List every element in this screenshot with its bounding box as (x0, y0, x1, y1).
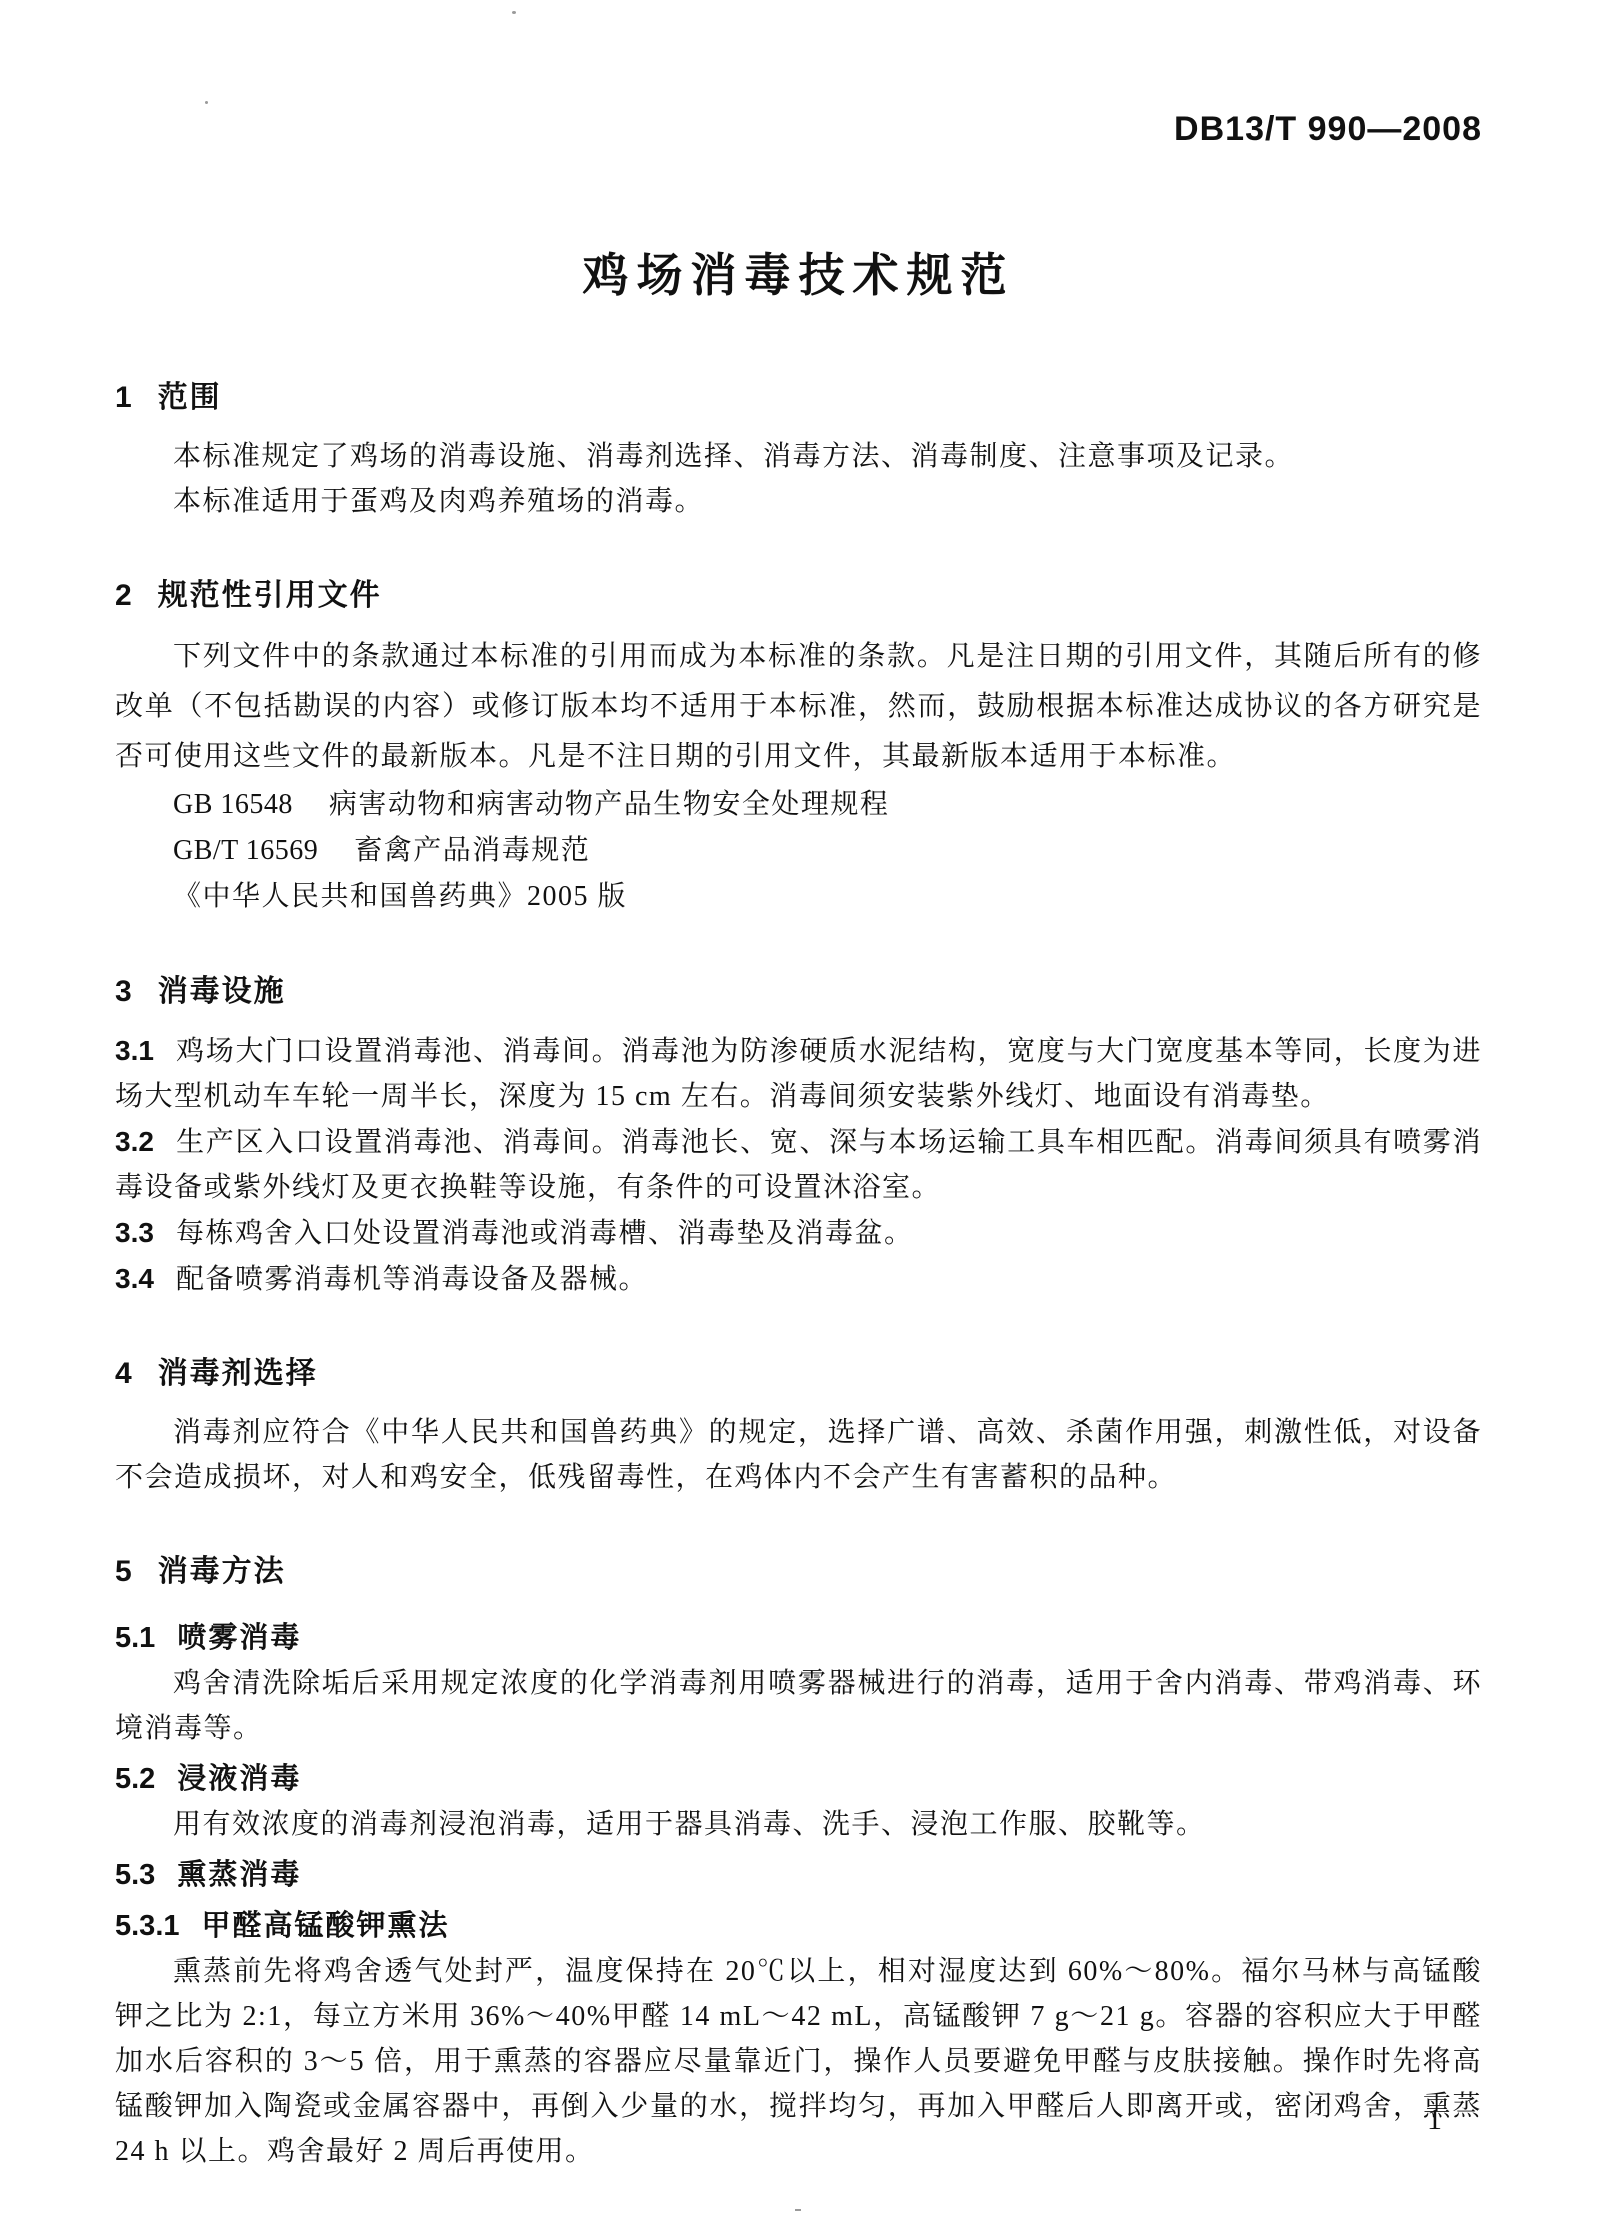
section-number: 2 (115, 579, 132, 612)
section-number: 5 (115, 1555, 132, 1588)
subsection-title: 甲醛高锰酸钾熏法 (202, 1910, 450, 1942)
subsection-number: 5.3.1 (115, 1910, 180, 1942)
page-title: 鸡场消毒技术规范 (115, 244, 1482, 306)
subsection-5-1-heading: 5.1喷雾消毒 (115, 1616, 1482, 1661)
clause-text: 每栋鸡舍入口处设置消毒池或消毒槽、消毒垫及消毒盆。 (176, 1218, 914, 1249)
reference-line: GB 16548病害动物和病害动物产品生物安全处理规程 (115, 782, 1482, 828)
clause-3-3: 3.3每栋鸡舍入口处设置消毒池或消毒槽、消毒垫及消毒盆。 (115, 1210, 1482, 1256)
paragraph-scope-1: 本标准规定了鸡场的消毒设施、消毒剂选择、消毒方法、消毒制度、注意事项及记录。 (115, 434, 1482, 479)
doc-code: DB13/T 990—2008 (115, 0, 1482, 148)
subsection-title: 喷雾消毒 (177, 1622, 301, 1654)
clause-number: 3.2 (115, 1126, 154, 1157)
clause-3-1: 3.1鸡场大门口设置消毒池、消毒间。消毒池为防渗硬质水泥结构，宽度与大门宽度基本… (115, 1028, 1482, 1119)
paragraph-spray-disinfection: 鸡舍清洗除垢后采用规定浓度的化学消毒剂用喷雾器械进行的消毒，适用于舍内消毒、带鸡… (115, 1661, 1482, 1751)
section-title: 范围 (158, 381, 222, 414)
section-number: 4 (115, 1357, 132, 1390)
clause-number: 3.4 (115, 1263, 154, 1294)
clause-text: 生产区入口设置消毒池、消毒间。消毒池长、宽、深与本场运输工具车相匹配。消毒间须具… (115, 1127, 1482, 1203)
document-page: DB13/T 990—2008 鸡场消毒技术规范 1范围 本标准规定了鸡场的消毒… (0, 0, 1600, 2219)
clause-3-4: 3.4配备喷雾消毒机等消毒设备及器械。 (115, 1256, 1482, 1302)
section-5-heading: 5消毒方法 (115, 1550, 1482, 1594)
subsection-number: 5.2 (115, 1763, 155, 1795)
section-number: 1 (115, 381, 132, 414)
scan-artifact (512, 11, 516, 14)
page-number: 1 (1427, 2103, 1442, 2137)
subsection-number: 5.1 (115, 1622, 155, 1654)
section-title: 消毒设施 (158, 975, 286, 1008)
reference-name: 畜禽产品消毒规范 (354, 835, 590, 866)
scan-artifact (205, 101, 208, 104)
reference-name: 病害动物和病害动物产品生物安全处理规程 (329, 789, 890, 820)
scan-artifact (795, 2209, 801, 2211)
subsection-5-3-1-heading: 5.3.1甲醛高锰酸钾熏法 (115, 1904, 1482, 1949)
paragraph-formaldehyde-fumigation: 熏蒸前先将鸡舍透气处封严，温度保持在 20℃以上，相对湿度达到 60%～80%。… (115, 1949, 1482, 2174)
section-4-heading: 4消毒剂选择 (115, 1352, 1482, 1396)
clause-3-2: 3.2生产区入口设置消毒池、消毒间。消毒池长、宽、深与本场运输工具车相匹配。消毒… (115, 1119, 1482, 1210)
section-2-heading: 2规范性引用文件 (115, 574, 1482, 618)
section-number: 3 (115, 975, 132, 1008)
paragraph-immersion-disinfection: 用有效浓度的消毒剂浸泡消毒，适用于器具消毒、洗手、浸泡工作服、胶靴等。 (115, 1802, 1482, 1847)
section-1-heading: 1范围 (115, 376, 1482, 420)
section-title: 消毒剂选择 (158, 1357, 318, 1390)
reference-code: GB/T 16569 (173, 835, 318, 866)
subsection-5-2-heading: 5.2浸液消毒 (115, 1757, 1482, 1802)
section-title: 规范性引用文件 (158, 579, 382, 612)
paragraph-disinfectant-selection: 消毒剂应符合《中华人民共和国兽药典》的规定，选择广谱、高效、杀菌作用强，刺激性低… (115, 1410, 1482, 1500)
subsection-title: 浸液消毒 (177, 1763, 301, 1795)
paragraph-scope-2: 本标准适用于蛋鸡及肉鸡养殖场的消毒。 (115, 479, 1482, 524)
section-title: 消毒方法 (158, 1555, 286, 1588)
clause-text: 配备喷雾消毒机等消毒设备及器械。 (176, 1264, 648, 1295)
section-3-heading: 3消毒设施 (115, 970, 1482, 1014)
clause-number: 3.3 (115, 1217, 154, 1248)
paragraph-references-intro: 下列文件中的条款通过本标准的引用而成为本标准的条款。凡是注日期的引用文件，其随后… (115, 632, 1482, 782)
subsection-title: 熏蒸消毒 (177, 1859, 301, 1891)
reference-code: GB 16548 (173, 789, 293, 820)
reference-line: 《中华人民共和国兽药典》2005 版 (115, 874, 1482, 920)
subsection-5-3-heading: 5.3熏蒸消毒 (115, 1853, 1482, 1898)
subsection-number: 5.3 (115, 1859, 155, 1891)
clause-number: 3.1 (115, 1035, 154, 1066)
reference-line: GB/T 16569畜禽产品消毒规范 (115, 828, 1482, 874)
clause-text: 鸡场大门口设置消毒池、消毒间。消毒池为防渗硬质水泥结构，宽度与大门宽度基本等同，… (115, 1036, 1482, 1112)
